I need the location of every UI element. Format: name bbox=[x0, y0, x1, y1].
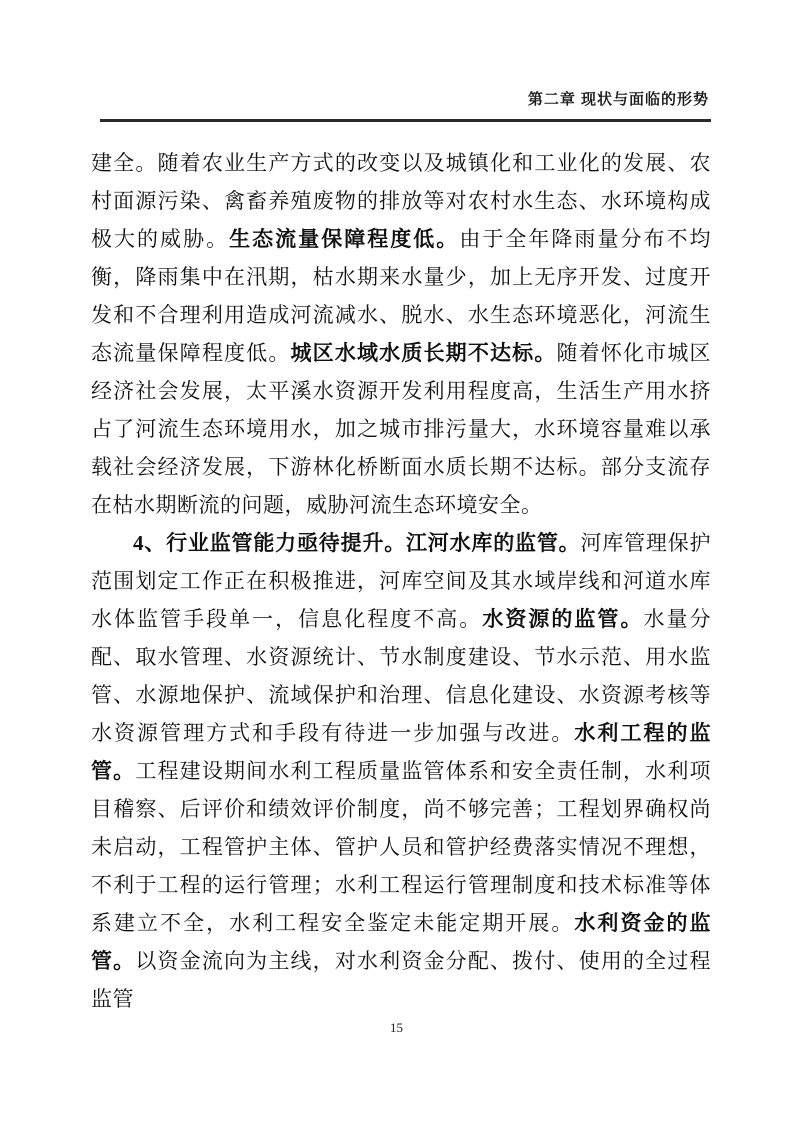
emphasis-run: 水资源的监管。 bbox=[482, 607, 643, 631]
header-divider bbox=[100, 119, 711, 122]
emphasis-run: 城区水域水质长期不达标。 bbox=[291, 341, 557, 365]
emphasis-run: 生态流量保障程度低。 bbox=[229, 227, 459, 251]
paragraph: 建全。随着农业生产方式的改变以及城镇化和工业化的发展、农村面源污染、禽畜养殖废物… bbox=[91, 144, 711, 524]
text-run: 以资金流向为主线，对水利资金分配、拨付、使用的全过程监管 bbox=[91, 949, 711, 1011]
chapter-header-title: 第二章 现状与面临的形势 bbox=[528, 91, 709, 108]
page-number: 15 bbox=[390, 1020, 403, 1035]
emphasis-run: 4、行业监管能力亟待提升。江河水库的监管。 bbox=[133, 531, 580, 555]
paragraph: 4、行业监管能力亟待提升。江河水库的监管。河库管理保护范围划定工作正在积极推进，… bbox=[91, 524, 711, 1018]
document-page: 第二章 现状与面临的形势 建全。随着农业生产方式的改变以及城镇化和工业化的发展、… bbox=[0, 0, 793, 1122]
text-run: 工程建设期间水利工程质量监管体系和安全责任制，水利项目稽察、后评价和绩效评价制度… bbox=[91, 759, 711, 935]
document-body: 建全。随着农业生产方式的改变以及城镇化和工业化的发展、农村面源污染、禽畜养殖废物… bbox=[91, 144, 711, 1018]
text-run: 随着怀化市城区经济社会发展，太平溪水资源开发利用程度高，生活生产用水挤占了河流生… bbox=[91, 341, 711, 517]
page-footer: 15 bbox=[0, 1020, 793, 1036]
page-header: 第二章 现状与面临的形势 bbox=[100, 88, 709, 109]
